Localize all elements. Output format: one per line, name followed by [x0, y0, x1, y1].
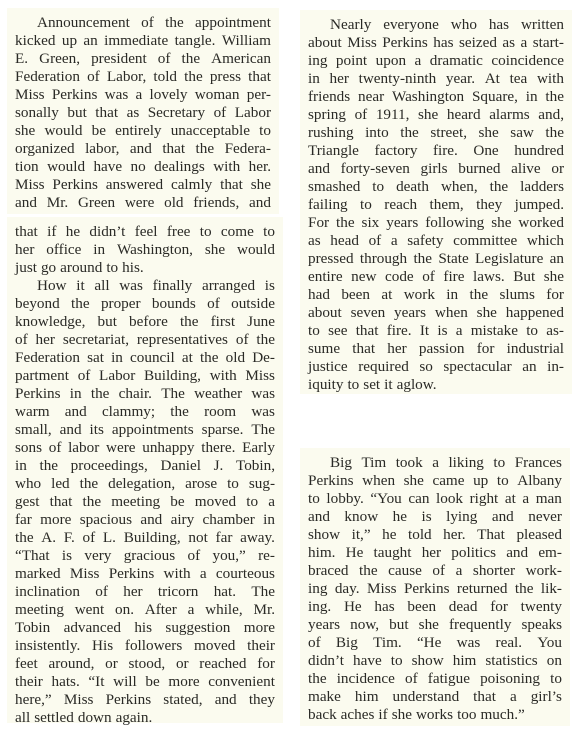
word: of: [95, 583, 108, 601]
word: it: [384, 376, 392, 394]
word: that: [95, 104, 118, 122]
text-line: showit,”hetoldher.Thatpleased: [308, 526, 562, 544]
word: At: [485, 70, 500, 88]
word: reach: [384, 196, 417, 214]
word: shorter: [473, 562, 515, 580]
word: first: [211, 313, 235, 331]
word: didn’t: [308, 652, 344, 670]
word: L.: [103, 529, 116, 547]
word: to: [391, 652, 403, 670]
word: year.: [446, 70, 475, 88]
word: took: [396, 454, 423, 472]
word: How: [37, 277, 67, 295]
text-line: FederationsatincouncilattheoldDe-: [15, 349, 275, 367]
word: Miss: [347, 34, 377, 52]
word: taught: [374, 544, 412, 562]
word: pleased: [516, 526, 562, 544]
word: who: [451, 16, 477, 34]
word: the: [165, 14, 184, 32]
text-line: sonallybutthatasSecretaryofLabor: [15, 104, 271, 122]
word: come: [221, 223, 254, 241]
word: small,: [15, 421, 52, 439]
text-line: Forthesixyearsfollowingsheworked: [308, 214, 564, 232]
word: in: [263, 511, 275, 529]
word: is: [421, 508, 431, 526]
text-line: sonsoflaborwereunhappythere.Early: [15, 439, 275, 457]
word: a: [415, 52, 422, 70]
word: them,: [430, 196, 464, 214]
word: to: [246, 493, 258, 511]
word: F.: [64, 529, 75, 547]
word: a: [200, 565, 207, 583]
word: her: [15, 241, 34, 259]
text-line: PerkinswhenshecameuptoAlbany: [308, 472, 562, 490]
word: stood,: [129, 655, 166, 673]
text-line: here,”MissPerkinsstated,andthey: [15, 691, 275, 709]
word: was: [119, 277, 143, 295]
text-line: smashedtodeathwhen,theladders: [308, 178, 564, 196]
word: the: [184, 68, 203, 86]
word: Perkins: [52, 176, 98, 194]
word: a: [522, 490, 529, 508]
word: a: [391, 232, 398, 250]
word: a: [136, 86, 143, 104]
text-line: gestthatthemeetingbemovedtoa: [15, 493, 275, 511]
text-line: aboutMissPerkinshasseizedasastart-: [308, 34, 564, 52]
word: but: [67, 104, 86, 122]
text-line: bracedthecauseofashorterwork-: [308, 562, 562, 580]
word: Announcement: [37, 14, 130, 32]
word: “He: [417, 634, 441, 652]
text-line: toseethatfire.Itisamistaketoas-: [308, 322, 564, 340]
word: proper: [101, 295, 141, 313]
word: his: [134, 619, 152, 637]
word: followers: [125, 637, 182, 655]
word: her: [330, 70, 349, 88]
word: to: [259, 122, 271, 140]
clipping-text: Announcementoftheappointmentkickedupanim…: [15, 14, 271, 212]
text-line: wholedthedelegation,arosetosug-: [15, 475, 275, 493]
word: hat.: [214, 583, 236, 601]
word: dealings: [154, 158, 205, 176]
word: of: [405, 670, 418, 688]
word: that: [356, 322, 379, 340]
word: which: [527, 232, 564, 250]
text-line: andknowheislyingandnever: [308, 508, 562, 526]
word: free: [167, 223, 191, 241]
clipping-appointment-tangle: Announcementoftheappointmentkickedupanim…: [7, 8, 279, 214]
word: airy: [171, 511, 195, 529]
word: Albany: [517, 472, 562, 490]
word: Federa-: [225, 140, 271, 158]
text-line: “Thatisverygraciousofyou,”re-: [15, 547, 275, 565]
word: Legislature: [475, 250, 543, 268]
word: start-: [533, 34, 564, 52]
word: sume: [308, 340, 340, 358]
text-line: ofhersecretariat,representativesofthe: [15, 331, 275, 349]
word: factory: [374, 142, 417, 160]
word: they: [249, 691, 275, 709]
word: she: [418, 106, 438, 124]
word: representatives: [137, 331, 228, 349]
word: and: [15, 194, 37, 212]
word: that: [162, 140, 185, 158]
word: he: [393, 508, 407, 526]
word: more: [40, 511, 71, 529]
word: the: [308, 670, 327, 688]
word: spacious: [80, 511, 132, 529]
word: its: [90, 421, 104, 439]
word: were: [106, 439, 136, 457]
word: him: [453, 652, 477, 670]
word: Big: [336, 634, 358, 652]
word: very: [84, 547, 111, 565]
text-line: ingday.MissPerkinsreturnedthelik-: [308, 580, 562, 598]
word: secretariat,: [63, 331, 129, 349]
text-line: inhertwenty-ninthyear.Atteawith: [308, 70, 564, 88]
word: with: [537, 70, 564, 88]
word: never: [528, 508, 562, 526]
word: rushing: [308, 124, 354, 142]
word: immediate: [104, 32, 168, 50]
word: old: [226, 349, 245, 367]
word: required: [358, 358, 409, 376]
text-line: rushingintothestreet,shesawthe: [308, 124, 564, 142]
word: warm: [15, 403, 50, 421]
word: when,: [441, 178, 478, 196]
text-line: asheadofasafetycommitteewhich: [308, 232, 564, 250]
word: burned: [458, 160, 500, 178]
word: failing: [308, 196, 348, 214]
word: at: [182, 349, 193, 367]
text-line: aboutsevenyearswhenshehappened: [308, 304, 564, 322]
word: or: [176, 655, 189, 673]
text-line: warmandclammy;theroomwas: [15, 403, 275, 421]
word: moved: [194, 637, 235, 655]
word: Frances: [515, 454, 562, 472]
word: spectacular: [443, 358, 511, 376]
word: if: [47, 223, 56, 241]
word: through: [360, 250, 407, 268]
word: her.: [249, 158, 271, 176]
word: that: [248, 68, 271, 86]
word: labor,: [85, 140, 119, 158]
word: has: [433, 34, 453, 52]
word: for: [490, 598, 508, 616]
word: “That: [15, 547, 50, 565]
word: so: [419, 358, 433, 376]
word: you,”: [212, 547, 245, 565]
word: more: [244, 619, 275, 637]
word: feet: [15, 655, 38, 673]
word: when: [362, 472, 395, 490]
word: proceedings,: [71, 457, 148, 475]
word: of: [308, 634, 321, 652]
word: that: [15, 223, 38, 241]
word: re-: [258, 547, 275, 565]
text-line: iquitytosetitaglow.: [308, 376, 564, 394]
word: settled: [34, 709, 74, 727]
word: at: [505, 490, 516, 508]
word: mistake: [471, 322, 518, 340]
word: down: [78, 709, 112, 727]
word: of: [158, 50, 171, 68]
word: Miss: [15, 176, 45, 194]
word: and: [492, 508, 514, 526]
word: a: [456, 322, 463, 340]
word: be: [145, 673, 159, 691]
word: tea: [510, 70, 528, 88]
word: lobby.: [326, 490, 363, 508]
word: in: [526, 88, 538, 106]
word: a: [456, 562, 463, 580]
word: the: [80, 475, 99, 493]
word: friends: [308, 88, 350, 106]
word: with: [164, 565, 191, 583]
word: inclination: [15, 583, 80, 601]
word: poisoning: [480, 670, 540, 688]
word: Miss: [245, 367, 275, 385]
word: Secretary: [148, 104, 205, 122]
word: have: [93, 158, 122, 176]
word: look: [436, 490, 463, 508]
word: of: [355, 106, 368, 124]
word: show: [412, 652, 444, 670]
text-line: pressedthroughtheStateLegislaturean: [308, 250, 564, 268]
word: be: [92, 122, 106, 140]
word: American: [211, 50, 271, 68]
word: happened: [506, 304, 564, 322]
word: Big: [330, 454, 352, 472]
word: Perkins: [52, 86, 98, 104]
word: to: [372, 178, 384, 196]
word: Mr.: [253, 601, 275, 619]
word: at: [381, 286, 392, 304]
word: Perkins: [404, 580, 450, 598]
word: beyond: [15, 295, 60, 313]
word: weather: [194, 385, 242, 403]
word: J.: [214, 457, 224, 475]
word: Washington,: [117, 241, 193, 259]
word: friends,: [193, 194, 239, 212]
text-line: entirenewcodeoffirelaws.Butshe: [308, 268, 564, 286]
word: to: [200, 223, 212, 241]
word: was: [251, 385, 275, 403]
text-line: theirhats.“Itwillbemoreconvenient: [15, 673, 275, 691]
word: Tobin: [15, 619, 50, 637]
word: a: [510, 688, 517, 706]
clipping-big-tim: BigTimtookalikingtoFrancesPerkinswhenshe…: [300, 448, 570, 726]
word: arranged: [202, 277, 255, 295]
word: if: [378, 706, 387, 724]
text-line: markedMissPerkinswithacourteous: [15, 565, 275, 583]
word: new: [351, 268, 376, 286]
word: girls: [421, 160, 448, 178]
word: the: [545, 88, 564, 106]
word: day.: [335, 580, 360, 598]
word: knowledge,: [15, 313, 85, 331]
text-line: springof1911,sheheardalarmsand,: [308, 106, 564, 124]
text-line: sumethatherpassionforindustrial: [308, 340, 564, 358]
word: Miss: [367, 580, 397, 598]
word: not: [188, 529, 207, 547]
text-line: meetingwenton.Afterawhile,Mr.: [15, 601, 275, 619]
word: six: [362, 214, 380, 232]
word: chamber: [203, 511, 255, 529]
word: the: [359, 562, 378, 580]
word: she: [477, 304, 497, 322]
word: and,: [538, 106, 564, 124]
word: she: [404, 472, 424, 490]
word: much.”: [480, 706, 524, 724]
word: her: [36, 331, 55, 349]
word: of: [87, 68, 100, 86]
word: fire: [443, 268, 464, 286]
word: labor: [68, 439, 99, 457]
word: dead: [449, 598, 478, 616]
text-line: ofBigTim.“Hewasreal.You: [308, 634, 562, 652]
word: as-: [546, 322, 564, 340]
text-line: ing.Hehasbeendeadfortwenty: [308, 598, 562, 616]
word: and: [65, 403, 87, 421]
word: or: [551, 160, 564, 178]
text-line: kickedupanimmediatetangle.William: [15, 32, 271, 50]
word: to: [360, 196, 372, 214]
word: speaks: [522, 616, 563, 634]
word: sug-: [249, 475, 275, 493]
word: street,: [430, 124, 467, 142]
word: chair.: [119, 385, 152, 403]
word: a: [521, 34, 528, 52]
word: president: [91, 50, 147, 68]
word: room: [204, 403, 236, 421]
word: bounds: [152, 295, 196, 313]
word: is: [62, 547, 72, 565]
word: answered: [106, 176, 163, 194]
word: the: [400, 124, 419, 142]
text-line: Nearlyeveryonewhohaswritten: [308, 16, 564, 34]
word: woman: [195, 86, 240, 104]
word: up: [62, 32, 77, 50]
text-line: andMr.Greenwereoldfriends,and: [15, 194, 271, 212]
word: he: [382, 526, 396, 544]
word: hats.: [52, 673, 80, 691]
word: Building,: [144, 367, 201, 385]
text-line: ingpointuponadramaticcoincidence: [308, 52, 564, 70]
text-line: justgoaroundtohis.: [15, 259, 275, 277]
word: to: [497, 472, 509, 490]
word: on: [547, 652, 562, 670]
word: press: [210, 68, 241, 86]
word: her.: [443, 526, 465, 544]
word: council: [130, 349, 175, 367]
word: ing.: [308, 598, 331, 616]
word: fatigue: [428, 670, 470, 688]
word: meeting: [15, 601, 64, 619]
word: incidence: [337, 670, 395, 688]
word: unhappy: [142, 439, 194, 457]
word: to: [493, 454, 505, 472]
word: gest: [15, 493, 39, 511]
word: about: [308, 304, 342, 322]
word: lying: [446, 508, 477, 526]
text-line: partmentofLaborBuilding,withMiss: [15, 367, 275, 385]
text-line: E.Green,presidentoftheAmerican: [15, 50, 271, 68]
text-line: theA.F.ofL.Building,notfaraway.: [15, 529, 275, 547]
word: Tobin,: [236, 457, 275, 475]
word: alive: [511, 160, 541, 178]
word: arose: [185, 475, 217, 493]
word: moved: [195, 493, 236, 511]
word: twenty-ninth: [359, 70, 437, 88]
word: frequently: [449, 616, 511, 634]
word: ladders: [520, 178, 564, 196]
word: in: [15, 457, 27, 475]
word: in: [70, 385, 82, 403]
word: was: [251, 403, 275, 421]
word: and: [130, 140, 152, 158]
word: an: [522, 358, 536, 376]
word: the: [83, 493, 102, 511]
word: of: [214, 104, 227, 122]
text-line: feetaround,orstood,orreachedfor: [15, 655, 275, 673]
word: far: [15, 511, 32, 529]
text-line: herofficeinWashington,shewould: [15, 241, 275, 259]
word: up: [473, 472, 488, 490]
clipping-federation-meeting: thatifhedidn’tfeelfreetocometoherofficei…: [7, 217, 283, 723]
word: years: [386, 214, 418, 232]
word: kicked: [15, 32, 55, 50]
word: Tim: [361, 454, 386, 472]
word: her: [387, 340, 406, 358]
word: as: [502, 34, 515, 52]
text-line: BigTimtookalikingtoFrances: [308, 454, 562, 472]
word: De-: [252, 349, 275, 367]
word: Miss: [15, 86, 45, 104]
word: forty-seven: [341, 160, 410, 178]
word: just: [15, 259, 37, 277]
word: of: [15, 331, 28, 349]
word: Washington: [392, 88, 464, 106]
word: “It: [88, 673, 104, 691]
word: to: [550, 670, 562, 688]
text-line: knowledge,butbeforethefirstJune: [15, 313, 275, 331]
word: no: [131, 158, 146, 176]
text-line: MissPerkinswasalovelywomanper-: [15, 86, 271, 104]
word: or: [105, 655, 118, 673]
word: and: [308, 160, 330, 178]
word: clammy;: [102, 403, 155, 421]
word: years: [308, 616, 340, 634]
word: right: [470, 490, 499, 508]
word: and: [249, 194, 271, 212]
word: One: [473, 142, 498, 160]
word: written: [521, 16, 564, 34]
word: He: [344, 598, 362, 616]
word: of: [432, 562, 445, 580]
word: marked: [15, 565, 61, 583]
word: sons: [15, 439, 42, 457]
word: State: [438, 250, 468, 268]
clipping-text: NearlyeveryonewhohaswrittenaboutMissPerk…: [308, 16, 564, 394]
word: in: [111, 349, 123, 367]
word: advanced: [64, 619, 121, 637]
word: far: [216, 529, 233, 547]
word: it: [76, 277, 84, 295]
word: entire: [308, 268, 343, 286]
word: sonally: [15, 104, 59, 122]
word: on.: [115, 601, 134, 619]
